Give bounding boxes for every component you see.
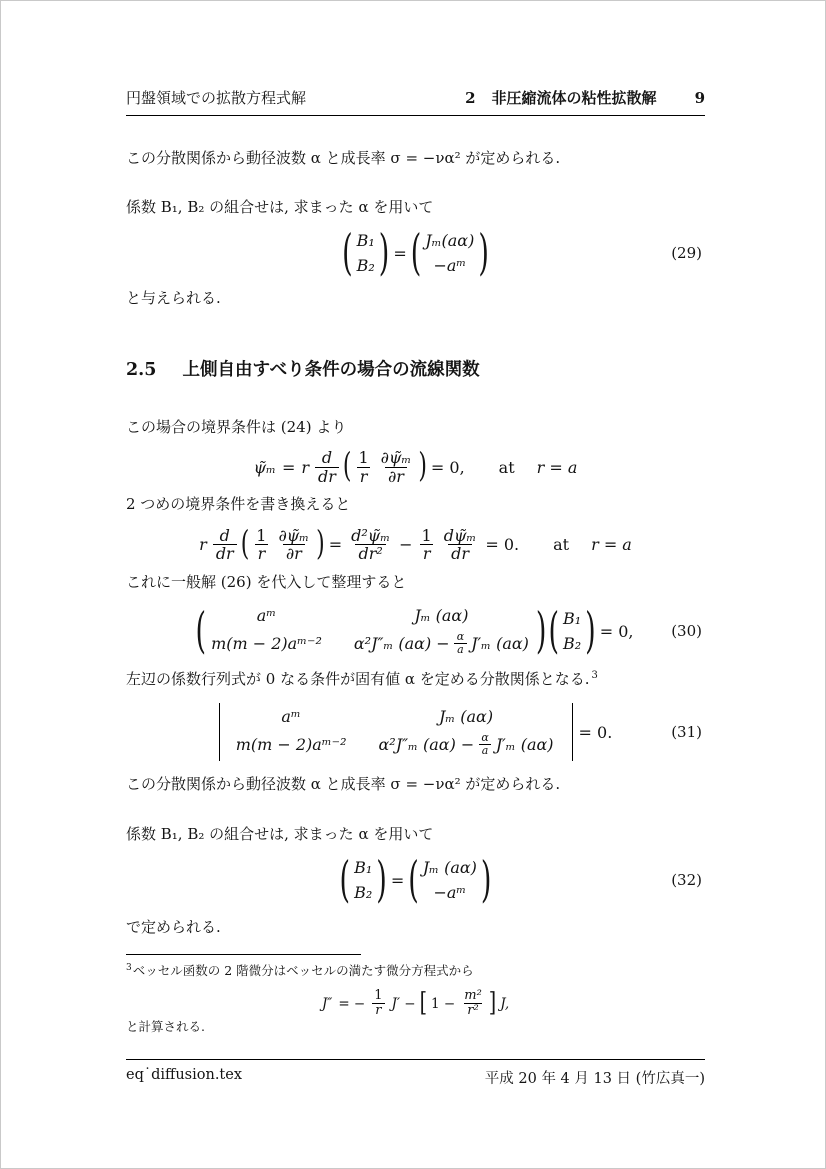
right-paren: ) (536, 607, 547, 656)
vector-entry: Jₘ(aα) (425, 231, 474, 250)
vector-rhs: Jₘ(aα) −aᵐ (425, 231, 474, 275)
paragraph-second-bc: 2 つめの境界条件を書き換えると (126, 495, 705, 515)
fraction-alpha-a: α a (478, 732, 491, 757)
equation-psi-boundary: ψ̃ₘ = r d dr ( 1 r ∂ψ̃ₘ ∂r ) = 0, at r =… (126, 449, 705, 485)
fraction-dpsi-dr: dψ̃ₘ dr (441, 527, 480, 563)
minus-sign: − (399, 535, 412, 554)
fraction-1-r: 1 r (371, 989, 385, 1019)
footnote-equation: J″ = − 1 r J′ − [ 1 − m² r² ] J, (126, 989, 705, 1019)
section-heading-2-5: 2.5上側自由すべり条件の場合の流線関数 (126, 356, 705, 381)
right-paren: ) (585, 607, 596, 656)
vector-entry: −aᵐ (433, 883, 466, 902)
equals-zero: = 0. (485, 535, 519, 554)
vector-entry: B₂ (357, 256, 375, 275)
condition: r = a (537, 458, 578, 477)
footnote-after-text: と計算される. (126, 1019, 705, 1035)
vector-entry: Jₘ (aα) (423, 858, 477, 877)
equals-sign: = (393, 244, 406, 263)
J-prime-minus: J′ − (392, 996, 416, 1012)
equals-sign: = (329, 535, 342, 554)
paragraph-coefficients-2: 係数 B₁, B₂ の組合せは, 求まった α を用いて (126, 825, 705, 845)
paragraph-dispersion-2: この分散関係から動径波数 α と成長率 σ = −να² が定められる. (126, 775, 705, 795)
at-label: at (499, 458, 515, 477)
paragraph-determined: で定められる. (126, 918, 705, 938)
equals-sign: = (282, 458, 295, 477)
fraction-dpsi-dr: ∂ψ̃ₘ ∂r (378, 449, 415, 485)
footnote-marker: 3 (592, 670, 598, 681)
vector-entry: B₁ (563, 609, 581, 628)
paragraph-coefficients-1: 係数 B₁, B₂ の組合せは, 求まった α を用いて (126, 198, 705, 218)
J-var: J, (500, 996, 509, 1012)
r-var: r (301, 458, 309, 477)
vector-entry: −aᵐ (433, 256, 466, 275)
equation-number: (29) (671, 244, 702, 262)
left-paren: ( (343, 450, 352, 484)
J-second-derivative: J″ (322, 996, 332, 1012)
fraction-1-r: 1 r (355, 449, 371, 485)
running-header: 円盤領域での拡散方程式解 2 非圧縮流体の粘性拡散解 9 (126, 87, 705, 116)
document-page: 円盤領域での拡散方程式解 2 非圧縮流体の粘性拡散解 9 この分散関係から動径波… (0, 0, 826, 1169)
right-paren: ) (478, 229, 489, 278)
equation-31: aᵐ Jₘ (aα) m(m − 2)aᵐ⁻² α²J″ₘ (aα) − α a… (126, 703, 705, 761)
vector-entry: B₂ (563, 634, 581, 653)
footer-date-author: 平成 20 年 4 月 13 日 (竹広真一) (485, 1067, 705, 1088)
matrix-cell-21: m(m − 2)aᵐ⁻² (236, 735, 347, 754)
fraction-m2-r2: m² r² (461, 989, 485, 1019)
left-bracket: [ (420, 991, 427, 1018)
equals-minus: = − (338, 996, 365, 1012)
left-paren: ( (340, 856, 351, 905)
equation-number: (31) (671, 723, 702, 741)
vector-entry: B₁ (357, 231, 375, 250)
header-left-title: 円盤領域での拡散方程式解 (126, 87, 306, 108)
psi-term: ψ̃ₘ (254, 458, 276, 477)
page-number: 9 (695, 89, 705, 107)
vector-entry: B₁ (354, 858, 372, 877)
right-paren: ) (379, 229, 390, 278)
at-label: at (553, 535, 569, 554)
equals-zero: = 0, (600, 622, 634, 641)
matrix-cell-22: α²J″ₘ (aα) − α a J′ₘ (aα) (352, 631, 531, 656)
left-paren: ( (196, 607, 207, 656)
vector-B: B₁ B₂ (357, 231, 375, 275)
footnote-text: 3ベッセル函数の 2 階微分はベッセルの満たす微分方程式から (126, 963, 705, 979)
equation-32: ( B₁ B₂ ) = ( Jₘ (aα) −aᵐ ) (32) (126, 858, 705, 902)
fraction-d2psi-dr2: d²ψ̃ₘ dr² (348, 527, 393, 563)
paragraph-dispersion-1: この分散関係から動径波数 α と成長率 σ = −να² が定められる. (126, 149, 705, 169)
matrix-cell-22: α²J″ₘ (aα) − α a J′ₘ (aα) (376, 732, 555, 757)
footnote-rule (126, 954, 361, 955)
one-minus: 1 − (431, 996, 455, 1012)
left-paren: ( (342, 229, 353, 278)
footer-filename: eq˙diffusion.tex (126, 1067, 242, 1088)
header-section-title: 非圧縮流体の粘性拡散解 (492, 87, 657, 108)
footnote-marker: 3 (126, 963, 132, 973)
fraction-1-r: 1 r (253, 527, 269, 563)
left-paren: ( (548, 607, 559, 656)
matrix-cell-11: aᵐ (281, 707, 300, 726)
right-bracket: ] (489, 991, 496, 1018)
right-paren: ) (376, 856, 387, 905)
matrix-cell-12: Jₘ (aα) (439, 707, 493, 726)
condition: r = a (591, 535, 632, 554)
right-paren: ) (418, 450, 427, 484)
left-paren: ( (408, 856, 419, 905)
left-paren: ( (241, 528, 250, 562)
vector-entry: B₂ (354, 883, 372, 902)
section-title: 上側自由すべり条件の場合の流線関数 (182, 360, 479, 380)
coefficient-matrix: aᵐ Jₘ (aα) m(m − 2)aᵐ⁻² α²J″ₘ (aα) − α a… (211, 606, 531, 656)
vector-B: B₁ B₂ (563, 609, 581, 653)
matrix-cell-12: Jₘ (aα) (414, 606, 468, 625)
fraction-d-dr: d dr (315, 449, 339, 485)
page-footer: eq˙diffusion.tex 平成 20 年 4 月 13 日 (竹広真一) (126, 1059, 705, 1088)
right-paren: ) (316, 528, 325, 562)
equation-30: ( aᵐ Jₘ (aα) m(m − 2)aᵐ⁻² α²J″ₘ (aα) − α… (126, 606, 705, 656)
equation-number: (32) (671, 871, 702, 889)
equals-zero: = 0. (579, 723, 613, 742)
matrix-cell-11: aᵐ (257, 606, 276, 625)
equals-sign: = (391, 871, 404, 890)
fraction-d-dr: d dr (213, 527, 237, 563)
vector-B: B₁ B₂ (354, 858, 372, 902)
fraction-dpsi-dr: ∂ψ̃ₘ ∂r (275, 527, 312, 563)
fraction-1-r: 1 r (419, 527, 435, 563)
header-section: 2 非圧縮流体の粘性拡散解 9 (465, 87, 705, 108)
header-section-number: 2 (465, 89, 475, 107)
equation-29: ( B₁ B₂ ) = ( Jₘ(aα) −aᵐ ) (29) (126, 231, 705, 275)
left-paren: ( (411, 229, 422, 278)
right-paren: ) (481, 856, 492, 905)
paragraph-determinant: 左辺の係数行列式が 0 なる条件が固有値 α を定める分散関係となる.3 (126, 669, 705, 690)
determinant: aᵐ Jₘ (aα) m(m − 2)aᵐ⁻² α²J″ₘ (aα) − α a… (219, 703, 573, 761)
section-number: 2.5 (126, 360, 156, 380)
equals-zero: = 0, (431, 458, 465, 477)
matrix-cell-21: m(m − 2)aᵐ⁻² (211, 634, 322, 653)
r-var: r (199, 535, 207, 554)
coefficient-matrix: aᵐ Jₘ (aα) m(m − 2)aᵐ⁻² α²J″ₘ (aα) − α a… (236, 707, 556, 757)
paragraph-boundary-cond: この場合の境界条件は (24) より (126, 418, 705, 438)
equation-bc-rewritten: r d dr ( 1 r ∂ψ̃ₘ ∂r ) = d²ψ̃ₘ dr² − 1 r… (126, 527, 705, 563)
paragraph-substitute: これに一般解 (26) を代入して整理すると (126, 573, 705, 593)
paragraph-given-by: と与えられる. (126, 289, 705, 309)
equation-number: (30) (671, 622, 702, 640)
vector-rhs: Jₘ (aα) −aᵐ (423, 858, 477, 902)
fraction-alpha-a: α a (454, 631, 467, 656)
